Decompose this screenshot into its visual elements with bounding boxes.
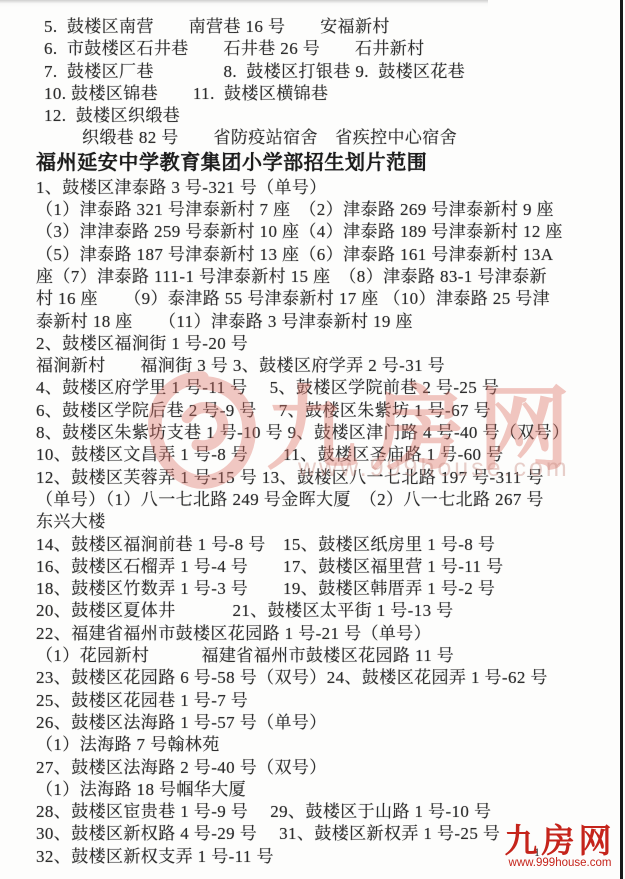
document-line: 泰新村 18 座 （11）津泰路 3 号津泰新村 19 座 — [36, 311, 614, 333]
document-line: 5. 鼓楼区南营 南营巷 16 号 安福新村 — [36, 16, 614, 38]
scan-edge-top — [0, 0, 488, 7]
document-line: （1）法海路 7 号翰林苑 — [36, 734, 614, 756]
document-line: 4、鼓楼区府学里 1 号-11 号 5、鼓楼区学院前巷 2 号-25 号 — [36, 377, 614, 399]
document-line: 7. 鼓楼区厂巷 8. 鼓楼区打银巷 9. 鼓楼区花巷 — [36, 61, 614, 83]
document-line: 10. 鼓楼区锦巷 11. 鼓楼区横锦巷 — [36, 83, 614, 105]
document-line: 8、鼓楼区朱紫坊支巷 1 号-10 号 9、鼓楼区津门路 4 号-40 号（双号… — [36, 422, 614, 444]
scanned-document-page: 5. 鼓楼区南营 南营巷 16 号 安福新村6. 市鼓楼区石井巷 石井巷 26 … — [0, 0, 625, 879]
document-line: 22、福建省福州市鼓楼区花园路 1 号-21 号（单号） — [36, 623, 614, 645]
document-line: 28、鼓楼区宦贵巷 1 号-9 号 29、鼓楼区于山路 1 号-10 号 — [36, 801, 614, 823]
document-line: 福涧新村 福涧街 3 号 3、鼓楼区府学弄 2 号-31 号 — [36, 355, 614, 377]
corner-logo: 九房网 www.999house.com — [500, 824, 620, 870]
corner-logo-url: www.999house.com — [500, 857, 620, 870]
document-line: （单号）（1）八一七北路 249 号金晖大厦 （2）八一七北路 267 号 — [36, 489, 614, 511]
document-line: （1）花园新村 福建省福州市鼓楼区花园路 11 号 — [36, 645, 614, 667]
document-line: 25、鼓楼区花园巷 1 号-7 号 — [36, 690, 614, 712]
document-line: 14、鼓楼区福涧前巷 1 号-8 号 15、鼓楼区纸房里 1 号-8 号 — [36, 534, 614, 556]
document-line: 6、鼓楼区学院后巷 2 号-9 号 7、鼓楼区朱紫坊 1 号-67 号 — [36, 400, 614, 422]
document-line: 23、鼓楼区花园路 6 号-58 号（双号）24、鼓楼区花园弄 1 号-62 号 — [36, 667, 614, 689]
document-line: 2、鼓楼区福涧街 1 号-20 号 — [36, 333, 614, 355]
document-line: 12、鼓楼区芙蓉弄 1 号-15 号 13、鼓楼区八一七北路 197 号-311… — [36, 467, 614, 489]
document-line: （1）津泰路 321 号津泰新村 7 座 （2）津泰路 269 号津泰新村 9 … — [36, 199, 614, 221]
document-line: （5）津泰路 187 号津泰新村 13 座（6）津泰路 161 号津泰新村 13… — [36, 244, 614, 266]
document-line: 18、鼓楼区竹数弄 1 号-3 号 19、鼓楼区韩厝弄 1 号-2 号 — [36, 578, 614, 600]
document-line: 6. 市鼓楼区石井巷 石井巷 26 号 石井新村 — [36, 38, 614, 60]
document-line: （3）津津泰路 259 号泰新村 10 座（4）津泰路 189 号津泰新村 12… — [36, 221, 614, 243]
document-line: 16、鼓楼区石榴弄 1 号-4 号 17、鼓楼区福里营 1 号-11 号 — [36, 556, 614, 578]
section-heading: 福州延安中学教育集团小学部招生划片范围 — [36, 150, 614, 177]
document-line: 20、鼓楼区夏体井 21、鼓楼区太平街 1 号-13 号 — [36, 600, 614, 622]
document-line: （1）法海路 18 号帼华大厦 — [36, 779, 614, 801]
document-line: 10、鼓楼区文昌弄 1 号-8 号 11、鼓楼区圣庙路 1 号-60 号 — [36, 444, 614, 466]
document-lines: 5. 鼓楼区南营 南营巷 16 号 安福新村6. 市鼓楼区石井巷 石井巷 26 … — [36, 16, 614, 868]
document-line: 27、鼓楼区法海路 2 号-40 号（双号） — [36, 757, 614, 779]
document-line: 座（7）津泰路 111-1 号津泰新村 15 座 （8）津泰路 83-1 号津泰… — [36, 266, 614, 288]
corner-logo-brand: 九房网 — [500, 824, 620, 857]
document-line: 1、鼓楼区津泰路 3 号-321 号（单号） — [36, 177, 614, 199]
document-line: 26、鼓楼区法海路 1 号-57 号（单号） — [36, 712, 614, 734]
document-line: 村 16 座 （9）泰津路 55 号津泰新村 17 座 （10）津泰路 25 号… — [36, 288, 614, 310]
document-line: 织缎巷 82 号 省防疫站宿舍 省疾控中心宿舍 — [36, 127, 614, 149]
document-line: 12. 鼓楼区织缎巷 — [36, 105, 614, 127]
document-line: 东兴大楼 — [36, 511, 614, 533]
scan-edge-right — [620, 0, 623, 879]
